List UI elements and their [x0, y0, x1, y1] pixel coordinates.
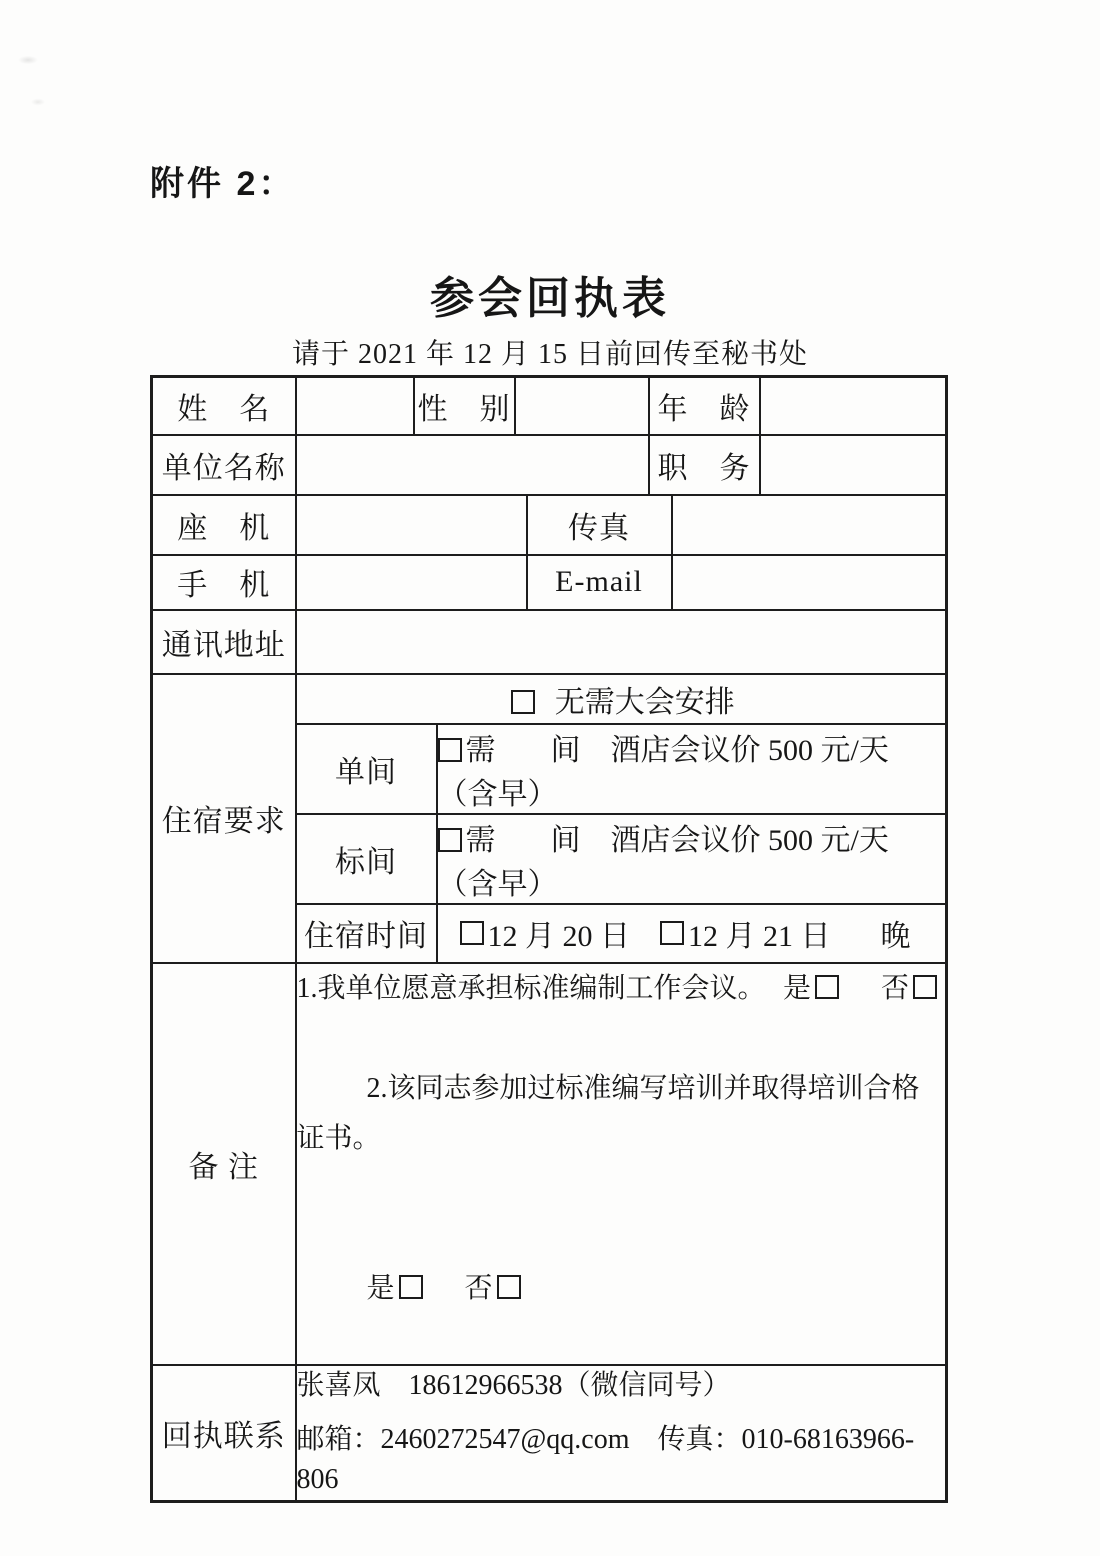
standard-room-need-checkbox[interactable] — [438, 828, 462, 852]
scanned-form-page: 附件 2： 参会回执表 请于 2021 年 12 月 15 日前回传至秘书处 姓… — [0, 0, 1100, 1556]
reply-form-table: 姓 名 性 别 年 龄 单位名称 职 务 座 机 传真 手 机 E-mail — [150, 375, 948, 1503]
row-contact: 回执联系 张喜凤 18612966538（微信同号） 邮箱：2460272547… — [152, 1365, 947, 1502]
remark1-no-label: 否 — [881, 973, 909, 1004]
mobile-input-cell[interactable] — [296, 555, 527, 610]
org-input-cell[interactable] — [296, 435, 649, 495]
stay-time-label: 住宿时间 — [296, 904, 437, 963]
standard-need-text: 需 — [466, 824, 496, 857]
acc-none-option-text: 无需大会安排 — [555, 686, 735, 719]
attachment-label: 附件 2： — [150, 156, 295, 205]
row-organization: 单位名称 职 务 — [152, 435, 947, 495]
remark2-yes-label: 是 — [367, 1273, 395, 1304]
single-room-label: 单间 — [296, 724, 437, 814]
row-mobile: 手 机 E-mail — [152, 555, 947, 610]
row-address: 通讯地址 — [152, 610, 947, 674]
remarks-item2-text: 2.该同志参加过标准编写培训并取得培训合格证书。 — [297, 1073, 920, 1154]
mobile-label: 手 机 — [152, 555, 296, 610]
date-dec20-text: 12 月 20 日 — [488, 911, 631, 955]
landline-input-cell[interactable] — [296, 495, 527, 555]
fax-label: 传真 — [527, 495, 672, 555]
remark2-no-label: 否 — [465, 1273, 493, 1304]
email-label: E-mail — [527, 555, 672, 610]
standard-room-count-blank[interactable] — [496, 830, 551, 854]
remark1-no-checkbox[interactable] — [913, 975, 937, 999]
standard-room-option-cell: 需间 酒店会议价 500 元/天（含早） — [437, 814, 947, 904]
remark2-yesno: 是否 — [367, 1273, 525, 1304]
night-suffix-text: 晚 — [881, 911, 911, 955]
remark1-yes-label: 是 — [783, 973, 811, 1004]
contact-line-2: 邮箱：2460272547@qq.com 传真：010-68163966-806 — [297, 1420, 946, 1500]
contact-content-cell: 张喜凤 18612966538（微信同号） 邮箱：2460272547@qq.c… — [296, 1365, 947, 1502]
org-label: 单位名称 — [152, 435, 296, 495]
remarks-line-2: 2.该同志参加过标准编写培训并取得培训合格证书。 — [297, 1014, 946, 1214]
form-title: 参会回执表 — [0, 262, 1100, 326]
form-subtitle: 请于 2021 年 12 月 15 日前回传至秘书处 — [0, 332, 1100, 372]
row-landline: 座 机 传真 — [152, 495, 947, 555]
date-dec21-text: 12 月 21 日 — [688, 911, 831, 955]
remarks-line-3: 是否 — [297, 1214, 946, 1364]
name-input-cell[interactable] — [296, 377, 414, 435]
acc-none-option-cell: 无需大会安排 — [296, 674, 947, 724]
single-room-need-checkbox[interactable] — [438, 738, 462, 762]
row-name: 姓 名 性 别 年 龄 — [152, 377, 947, 435]
address-label: 通讯地址 — [152, 610, 296, 674]
remarks-content-cell: 1.我单位愿意承担标准编制工作会议。 是否 2.该同志参加过标准编写培训并取得培… — [296, 963, 947, 1365]
remark1-yesno: 是否 — [783, 964, 941, 1014]
position-input-cell[interactable] — [760, 435, 947, 495]
remarks-item1-text: 1.我单位愿意承担标准编制工作会议。 — [297, 964, 766, 1014]
age-label: 年 龄 — [649, 377, 760, 435]
position-label: 职 务 — [649, 435, 760, 495]
no-arrangement-checkbox[interactable] — [511, 690, 535, 714]
stay-time-options-cell: 12 月 20 日12 月 21 日晚 — [437, 904, 947, 963]
email-input-cell[interactable] — [672, 555, 947, 610]
gender-label: 性 别 — [414, 377, 515, 435]
age-input-cell[interactable] — [760, 377, 947, 435]
remark2-yes-checkbox[interactable] — [399, 1275, 423, 1299]
gender-input-cell[interactable] — [515, 377, 649, 435]
standard-room-label: 标间 — [296, 814, 437, 904]
single-need-text: 需 — [466, 734, 496, 767]
address-input-cell[interactable] — [296, 610, 947, 674]
row-remarks: 备 注 1.我单位愿意承担标准编制工作会议。 是否 2.该同志参加过标准编写培训… — [152, 963, 947, 1365]
date-dec21-checkbox[interactable] — [660, 921, 684, 945]
contact-header: 回执联系 — [152, 1365, 296, 1502]
contact-line-1: 张喜凤 18612966538（微信同号） — [297, 1366, 946, 1406]
landline-label: 座 机 — [152, 495, 296, 555]
single-room-count-blank[interactable] — [496, 740, 551, 764]
date-dec20-checkbox[interactable] — [460, 921, 484, 945]
row-acc-none: 住宿要求 无需大会安排 — [152, 674, 947, 724]
fax-input-cell[interactable] — [672, 495, 947, 555]
remarks-header: 备 注 — [152, 963, 296, 1365]
remark1-yes-checkbox[interactable] — [815, 975, 839, 999]
single-room-option-cell: 需间 酒店会议价 500 元/天（含早） — [437, 724, 947, 814]
accommodation-header: 住宿要求 — [152, 674, 296, 963]
remarks-line-1: 1.我单位愿意承担标准编制工作会议。 是否 — [297, 964, 946, 1014]
name-label: 姓 名 — [152, 377, 296, 435]
remark2-no-checkbox[interactable] — [497, 1275, 521, 1299]
